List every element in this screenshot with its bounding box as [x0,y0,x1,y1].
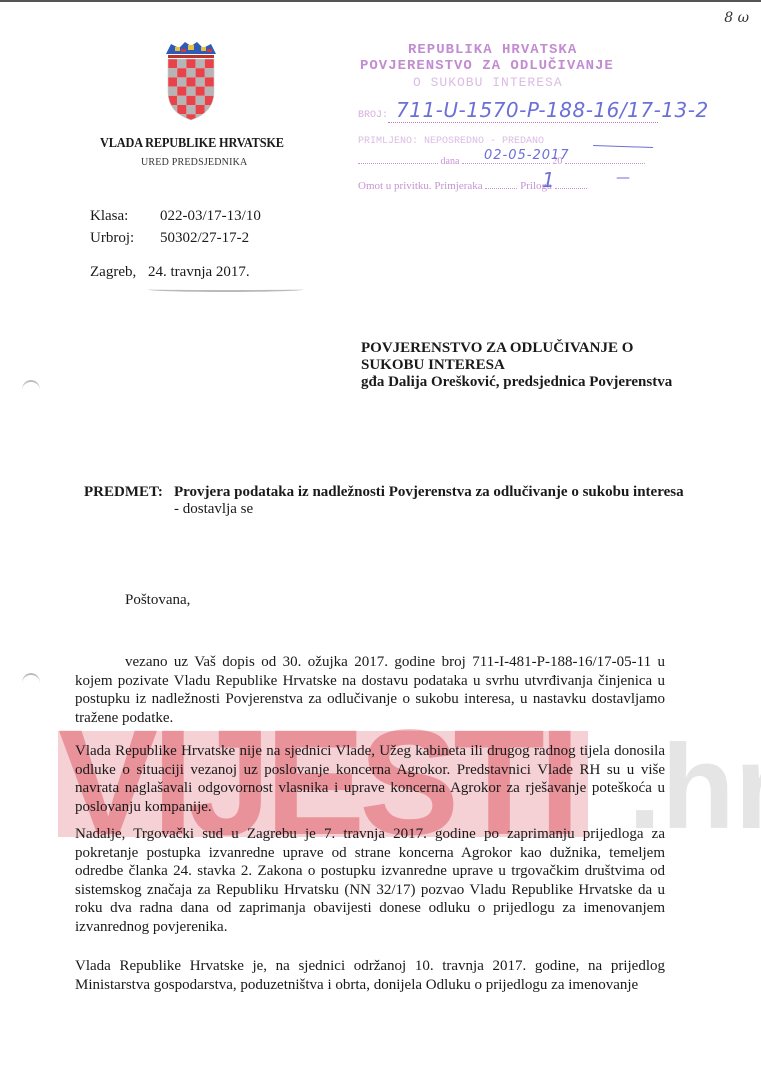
punch-hole-mark [22,673,40,693]
government-name: VLADA REPUBLIKE HRVATSKE [100,136,267,152]
klasa-label: Klasa: [90,208,160,225]
stamp-received-line: PRIMLJENO: NEPOSREDNO - PREDANO [358,136,544,147]
paragraph-4: Vlada Republike Hrvatske je, na sjednici… [75,957,665,994]
subject-note: - dostavlja se [174,501,694,518]
coat-of-arms-icon [163,40,219,122]
stamp-dotted-line [388,122,658,123]
handwritten-stroke [593,145,653,154]
greeting: Poštovana, [125,592,190,609]
handwritten-page-number: 8 ω [724,10,749,26]
scan-top-edge [0,0,761,2]
urbroj-value: 50302/27-17-2 [160,230,249,246]
date-underline-mark [148,287,303,292]
paragraph-1: vezano uz Vaš dopis od 30. ožujka 2017. … [75,653,665,727]
stamp-line-1: REPUBLIKA HRVATSKA [408,42,577,58]
paragraph-3: Nadalje, Trgovački sud u Zagrebu je 7. t… [75,825,665,936]
subject-block: Provjera podataka iz nadležnosti Povjere… [174,484,694,518]
place-label: Zagreb, [90,264,148,281]
stamp-dana-handwritten: 02-05-2017 [484,148,570,163]
addressee-line-1: POVJERENSTVO ZA ODLUČIVANJE O [361,340,672,357]
stamp-broj-label: BROJ: [358,110,388,121]
klasa-row: Klasa:022-03/17-13/10 [90,208,261,225]
addressee-line-3: gđa Dalija Orešković, predsjednica Povje… [361,374,672,391]
addressee-block: POVJERENSTVO ZA ODLUČIVANJE O SUKOBU INT… [361,340,672,391]
stamp-line-3: O SUKOBU INTERESA [413,75,563,90]
punch-hole-mark [22,380,40,400]
subject-text: Provjera podataka iz nadležnosti Povjere… [174,484,684,500]
stamp-dana-label: dana [441,156,460,167]
subject-label: PREDMET: [84,484,163,501]
office-name: URED PREDSJEDNIKA [141,157,247,168]
stamp-broj-handwritten: 711-U-1570-P-188-16/17-13-2 [396,98,709,122]
stamp-attachment-label: Omot u privitku. Primjeraka [358,180,483,192]
stamp-primjeraka-handwritten: 1 [542,168,555,192]
klasa-value: 022-03/17-13/10 [160,208,261,224]
urbroj-row: Urbroj:50302/27-17-2 [90,230,249,247]
place-date-row: Zagreb,24. travnja 2017. [90,264,250,281]
letter-date: 24. travnja 2017. [148,264,250,280]
addressee-line-2: SUKOBU INTERESA [361,357,672,374]
stamp-line-2: POVJERENSTVO ZA ODLUČIVANJE [360,58,614,74]
stamp-priloga-handwritten: — [616,170,630,186]
urbroj-label: Urbroj: [90,230,160,247]
paragraph-2: Vlada Republike Hrvatske nije na sjednic… [75,742,665,816]
